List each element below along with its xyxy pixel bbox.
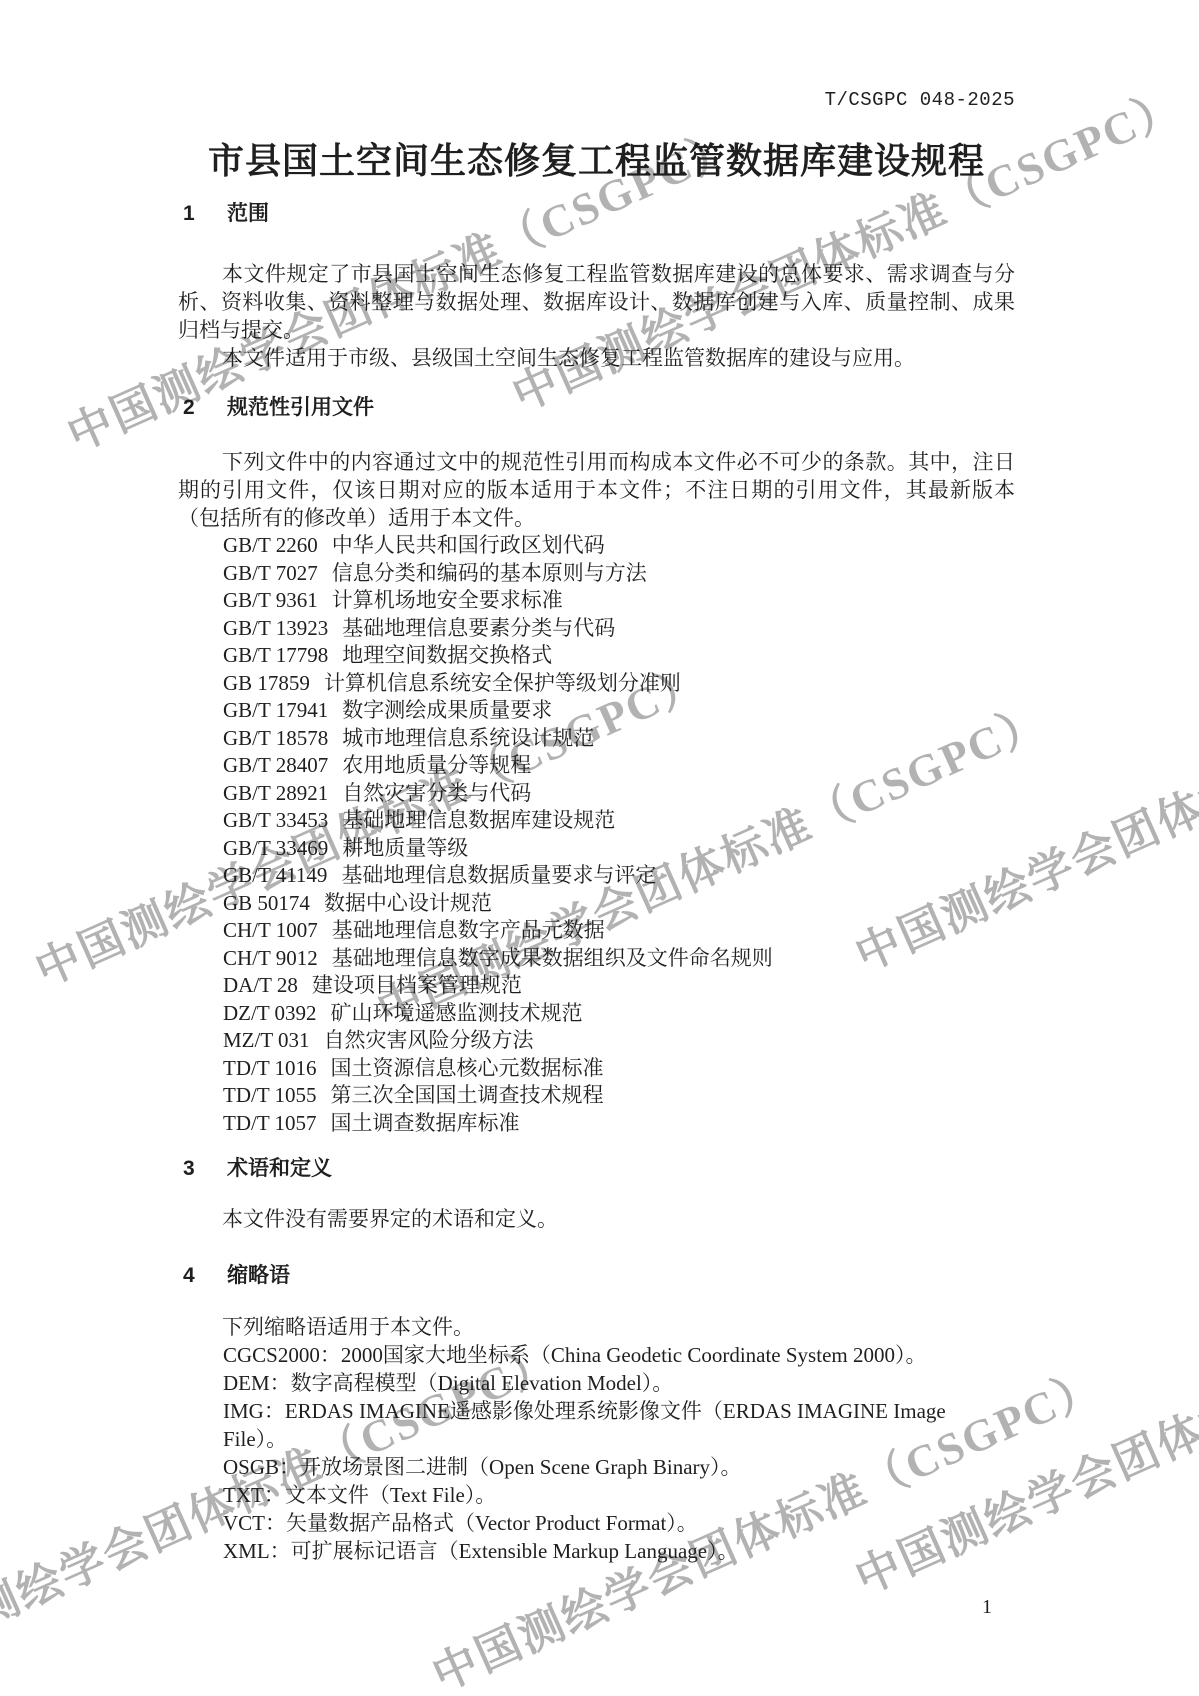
document-code: T/CSGPC 048-2025 <box>178 88 1015 112</box>
page-number: 1 <box>982 1594 992 1620</box>
standard-code: GB/T 18578 <box>223 726 328 750</box>
abbreviation-item: DEM：数字高程模型（Digital Elevation Model）。 <box>223 1369 1015 1397</box>
standard-reference-item: GB/T 17798地理空间数据交换格式 <box>223 642 1015 670</box>
standard-reference-item: GB/T 9361计算机场地安全要求标准 <box>223 587 1015 615</box>
standard-title: 建设项目档案管理规范 <box>312 973 522 997</box>
abbreviation-term: XML <box>223 1539 270 1563</box>
standard-reference-item: CH/T 1007基础地理信息数字产品元数据 <box>223 917 1015 945</box>
abbreviations-intro-paragraph: 下列缩略语适用于本文件。 <box>178 1313 1015 1341</box>
standard-code: GB/T 7027 <box>223 561 318 585</box>
standard-reference-item: GB 17859计算机信息系统安全保护等级划分准则 <box>223 670 1015 698</box>
standard-reference-item: CH/T 9012基础地理信息数字成果数据组织及文件命名规则 <box>223 945 1015 973</box>
standard-code: GB/T 17798 <box>223 643 328 667</box>
standard-reference-item: GB/T 41149基础地理信息数据质量要求与评定 <box>223 862 1015 890</box>
standard-code: GB/T 28407 <box>223 753 328 777</box>
standard-reference-item: GB 50174数据中心设计规范 <box>223 890 1015 918</box>
section-heading-terms: 3术语和定义 <box>178 1155 1015 1183</box>
standard-reference-item: TD/T 1057国土调查数据库标准 <box>223 1110 1015 1138</box>
standard-title: 城市地理信息系统设计规范 <box>342 726 594 750</box>
abbreviation-item: IMG：ERDAS IMAGINE遥感影像处理系统影像文件（ERDAS IMAG… <box>223 1397 1015 1453</box>
standard-code: GB/T 41149 <box>223 863 327 887</box>
standard-title: 自然灾害风险分级方法 <box>324 1028 534 1052</box>
standard-reference-item: GB/T 2260中华人民共和国行政区划代码 <box>223 532 1015 560</box>
standard-title: 地理空间数据交换格式 <box>342 643 552 667</box>
standard-title: 基础地理信息数据质量要求与评定 <box>341 863 656 887</box>
section-title: 范围 <box>227 202 269 225</box>
standard-title: 计算机场地安全要求标准 <box>332 588 563 612</box>
standard-title: 自然灾害分类与代码 <box>342 781 531 805</box>
standard-reference-item: DA/T 28建设项目档案管理规范 <box>223 972 1015 1000</box>
scope-paragraph: 本文件规定了市县国土空间生态修复工程监管数据库建设的总体要求、需求调查与分析、资… <box>178 260 1015 344</box>
standard-title: 信息分类和编码的基本原则与方法 <box>332 561 647 585</box>
standard-code: CH/T 1007 <box>223 918 318 942</box>
standard-code: MZ/T 031 <box>223 1028 310 1052</box>
section-number: 1 <box>183 200 227 228</box>
standard-title: 耕地质量等级 <box>342 836 468 860</box>
standard-reference-item: MZ/T 031自然灾害风险分级方法 <box>223 1027 1015 1055</box>
abbreviation-term: IMG <box>223 1399 264 1423</box>
standard-title: 基础地理信息数字产品元数据 <box>332 918 605 942</box>
abbreviation-definition: ：矢量数据产品格式（Vector Product Format）。 <box>265 1511 698 1535</box>
standard-code: GB/T 9361 <box>223 588 318 612</box>
standard-code: GB/T 13923 <box>223 616 328 640</box>
abbreviation-term: OSGB <box>223 1455 279 1479</box>
standard-title: 矿山环境遥感监测技术规范 <box>331 1001 583 1025</box>
standard-title: 国土资源信息核心元数据标准 <box>331 1056 604 1080</box>
document-title: 市县国土空间生态修复工程监管数据库建设规程 <box>178 138 1015 184</box>
standard-reference-item: GB/T 13923基础地理信息要素分类与代码 <box>223 615 1015 643</box>
standard-reference-item: TD/T 1016国土资源信息核心元数据标准 <box>223 1055 1015 1083</box>
standard-title: 第三次全国国土调查技术规程 <box>331 1083 604 1107</box>
document-content: T/CSGPC 048-2025 市县国土空间生态修复工程监管数据库建设规程 1… <box>178 0 1015 1565</box>
standard-code: TD/T 1016 <box>223 1056 317 1080</box>
standard-code: DA/T 28 <box>223 973 298 997</box>
standard-title: 计算机信息系统安全保护等级划分准则 <box>324 671 681 695</box>
abbreviation-definition: ：2000国家大地坐标系（China Geodetic Coordinate S… <box>320 1343 927 1367</box>
abbreviation-definition: ：文本文件（Text File）。 <box>264 1483 496 1507</box>
standard-title: 数据中心设计规范 <box>324 891 492 915</box>
section-heading-normative-references: 2规范性引用文件 <box>178 394 1015 422</box>
standard-title: 基础地理信息数据库建设规范 <box>342 808 615 832</box>
standard-code: GB/T 28921 <box>223 781 328 805</box>
standard-reference-item: GB/T 28407农用地质量分等规程 <box>223 752 1015 780</box>
standard-title: 国土调查数据库标准 <box>331 1111 520 1135</box>
scope-paragraph: 本文件适用于市级、县级国土空间生态修复工程监管数据库的建设与应用。 <box>178 344 1015 372</box>
standards-reference-list: GB/T 2260中华人民共和国行政区划代码 GB/T 7027信息分类和编码的… <box>178 532 1015 1137</box>
abbreviation-definition: ：ERDAS IMAGINE遥感影像处理系统影像文件（ERDAS IMAGINE… <box>223 1399 946 1451</box>
abbreviation-term: DEM <box>223 1371 270 1395</box>
standard-reference-item: GB/T 18578城市地理信息系统设计规范 <box>223 725 1015 753</box>
abbreviation-definition: ：开放场景图二进制（Open Scene Graph Binary）。 <box>279 1455 742 1479</box>
abbreviation-term: CGCS2000 <box>223 1343 320 1367</box>
standard-reference-item: GB/T 33469耕地质量等级 <box>223 835 1015 863</box>
standard-title: 中华人民共和国行政区划代码 <box>332 533 605 557</box>
standard-title: 基础地理信息要素分类与代码 <box>342 616 615 640</box>
abbreviation-item: XML：可扩展标记语言（Extensible Markup Language）。 <box>223 1537 1015 1565</box>
standard-code: GB/T 33453 <box>223 808 328 832</box>
references-intro-paragraph: 下列文件中的内容通过文中的规范性引用而构成本文件必不可少的条款。其中，注日期的引… <box>178 448 1015 532</box>
abbreviation-definition: ：数字高程模型（Digital Elevation Model）。 <box>270 1371 674 1395</box>
standard-reference-item: GB/T 33453基础地理信息数据库建设规范 <box>223 807 1015 835</box>
abbreviation-item: VCT：矢量数据产品格式（Vector Product Format）。 <box>223 1509 1015 1537</box>
standard-reference-item: DZ/T 0392矿山环境遥感监测技术规范 <box>223 1000 1015 1028</box>
standard-reference-item: GB/T 7027信息分类和编码的基本原则与方法 <box>223 560 1015 588</box>
standard-code: GB 50174 <box>223 891 310 915</box>
abbreviation-definition: ：可扩展标记语言（Extensible Markup Language）。 <box>270 1539 739 1563</box>
standard-title: 数字测绘成果质量要求 <box>342 698 552 722</box>
section-heading-scope: 1范围 <box>178 200 1015 228</box>
section-number: 2 <box>183 394 227 422</box>
standard-code: CH/T 9012 <box>223 946 318 970</box>
standard-code: DZ/T 0392 <box>223 1001 317 1025</box>
abbreviation-item: OSGB：开放场景图二进制（Open Scene Graph Binary）。 <box>223 1453 1015 1481</box>
abbreviation-item: CGCS2000：2000国家大地坐标系（China Geodetic Coor… <box>223 1341 1015 1369</box>
section-number: 4 <box>183 1262 227 1290</box>
standard-document-page: 中国测绘学会团体标准（CSGPC） 中国测绘学会团体标准（CSGPC） 中国测绘… <box>0 0 1199 1696</box>
standard-code: TD/T 1057 <box>223 1111 317 1135</box>
standard-code: GB/T 33469 <box>223 836 328 860</box>
section-heading-abbreviations: 4缩略语 <box>178 1262 1015 1290</box>
abbreviation-term: VCT <box>223 1511 265 1535</box>
abbreviation-item: TXT：文本文件（Text File）。 <box>223 1481 1015 1509</box>
standard-code: GB/T 17941 <box>223 698 328 722</box>
terms-paragraph: 本文件没有需要界定的术语和定义。 <box>178 1205 1015 1233</box>
standard-reference-item: GB/T 28921自然灾害分类与代码 <box>223 780 1015 808</box>
abbreviation-term: TXT <box>223 1483 264 1507</box>
standard-reference-item: GB/T 17941数字测绘成果质量要求 <box>223 697 1015 725</box>
standard-code: TD/T 1055 <box>223 1083 317 1107</box>
standard-title: 农用地质量分等规程 <box>342 753 531 777</box>
standard-code: GB 17859 <box>223 671 310 695</box>
section-title: 缩略语 <box>227 1264 290 1287</box>
section-number: 3 <box>183 1155 227 1183</box>
standard-title: 基础地理信息数字成果数据组织及文件命名规则 <box>332 946 773 970</box>
section-title: 规范性引用文件 <box>227 396 374 419</box>
abbreviations-list: CGCS2000：2000国家大地坐标系（China Geodetic Coor… <box>178 1341 1015 1565</box>
standard-reference-item: TD/T 1055第三次全国国土调查技术规程 <box>223 1082 1015 1110</box>
section-title: 术语和定义 <box>227 1157 332 1180</box>
standard-code: GB/T 2260 <box>223 533 318 557</box>
